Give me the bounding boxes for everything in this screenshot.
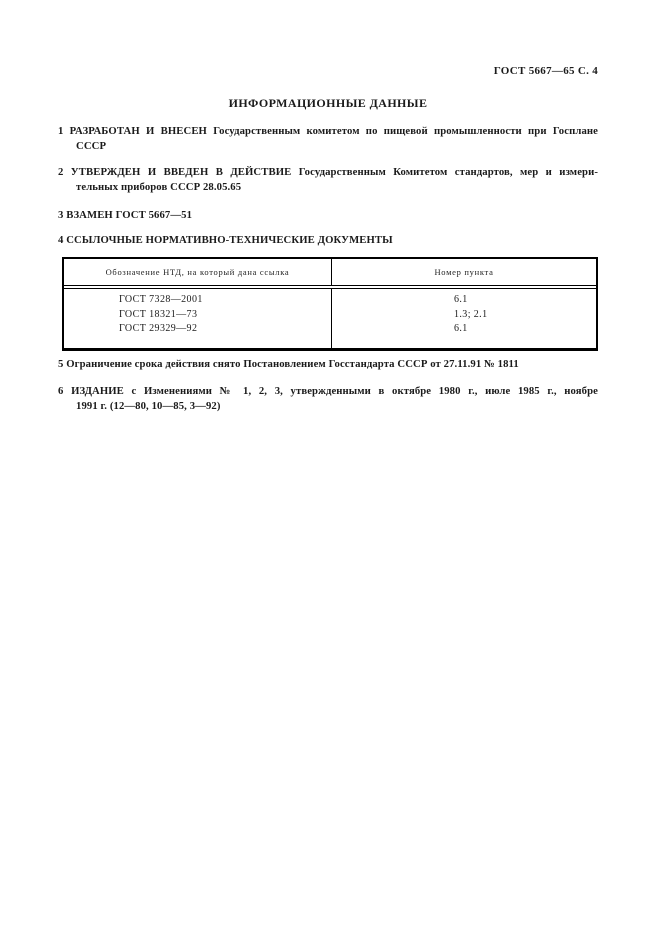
item-2-line-2: тельных приборов СССР 28.05.65 <box>76 180 598 195</box>
item-3: 3 ВЗАМЕН ГОСТ 5667—51 <box>58 208 598 223</box>
item-1: 1 РАЗРАБОТАН И ВНЕСЕН Государственным ко… <box>58 124 598 154</box>
references-table: Обозначение НТД, на который дана ссылка … <box>62 257 598 351</box>
item-5-line-1: 5 Ограничение срока действия снято Поста… <box>58 357 598 372</box>
table-cell-ntd-3: ГОСТ 29329—92 <box>119 322 327 337</box>
table-header-row: Обозначение НТД, на который дана ссылка … <box>64 259 596 289</box>
table-column-ntd: ГОСТ 7328—2001 ГОСТ 18321—73 ГОСТ 29329—… <box>64 289 332 348</box>
table-cell-punkt-1: 6.1 <box>454 293 592 308</box>
item-1-line-1: 1 РАЗРАБОТАН И ВНЕСЕН Государственным ко… <box>58 124 598 139</box>
item-6-line-2: 1991 г. (12—80, 10—85, 3—92) <box>76 399 598 414</box>
table-body: ГОСТ 7328—2001 ГОСТ 18321—73 ГОСТ 29329—… <box>64 289 596 348</box>
item-6-line-1: 6 ИЗДАНИЕ с Изменениями № 1, 2, 3, утвер… <box>58 384 598 399</box>
item-2: 2 УТВЕРЖДЕН И ВВЕДЕН В ДЕЙСТВИЕ Государс… <box>58 165 598 195</box>
item-4: 4 ССЫЛОЧНЫЕ НОРМАТИВНО-ТЕХНИЧЕСКИЕ ДОКУМ… <box>58 233 598 248</box>
item-3-line-1: 3 ВЗАМЕН ГОСТ 5667—51 <box>58 208 598 223</box>
table-header-ntd: Обозначение НТД, на который дана ссылка <box>64 259 332 285</box>
page-header: ГОСТ 5667—65 С. 4 <box>58 65 598 77</box>
table-cell-punkt-2: 1.3; 2.1 <box>454 308 592 323</box>
item-5: 5 Ограничение срока действия снято Поста… <box>58 357 598 372</box>
document-page: ГОСТ 5667—65 С. 4 ИНФОРМАЦИОННЫЕ ДАННЫЕ … <box>0 0 661 935</box>
item-1-line-2: СССР <box>76 139 598 154</box>
table-cell-punkt-3: 6.1 <box>454 322 592 337</box>
table-cell-ntd-2: ГОСТ 18321—73 <box>119 308 327 323</box>
item-2-line-1: 2 УТВЕРЖДЕН И ВВЕДЕН В ДЕЙСТВИЕ Государс… <box>58 165 598 180</box>
item-4-line-1: 4 ССЫЛОЧНЫЕ НОРМАТИВНО-ТЕХНИЧЕСКИЕ ДОКУМ… <box>58 233 598 248</box>
document-title: ИНФОРМАЦИОННЫЕ ДАННЫЕ <box>58 96 598 111</box>
table-header-punkt: Номер пункта <box>332 259 596 285</box>
item-6: 6 ИЗДАНИЕ с Изменениями № 1, 2, 3, утвер… <box>58 384 598 414</box>
table-cell-ntd-1: ГОСТ 7328—2001 <box>119 293 327 308</box>
table-column-punkt: 6.1 1.3; 2.1 6.1 <box>332 289 596 348</box>
